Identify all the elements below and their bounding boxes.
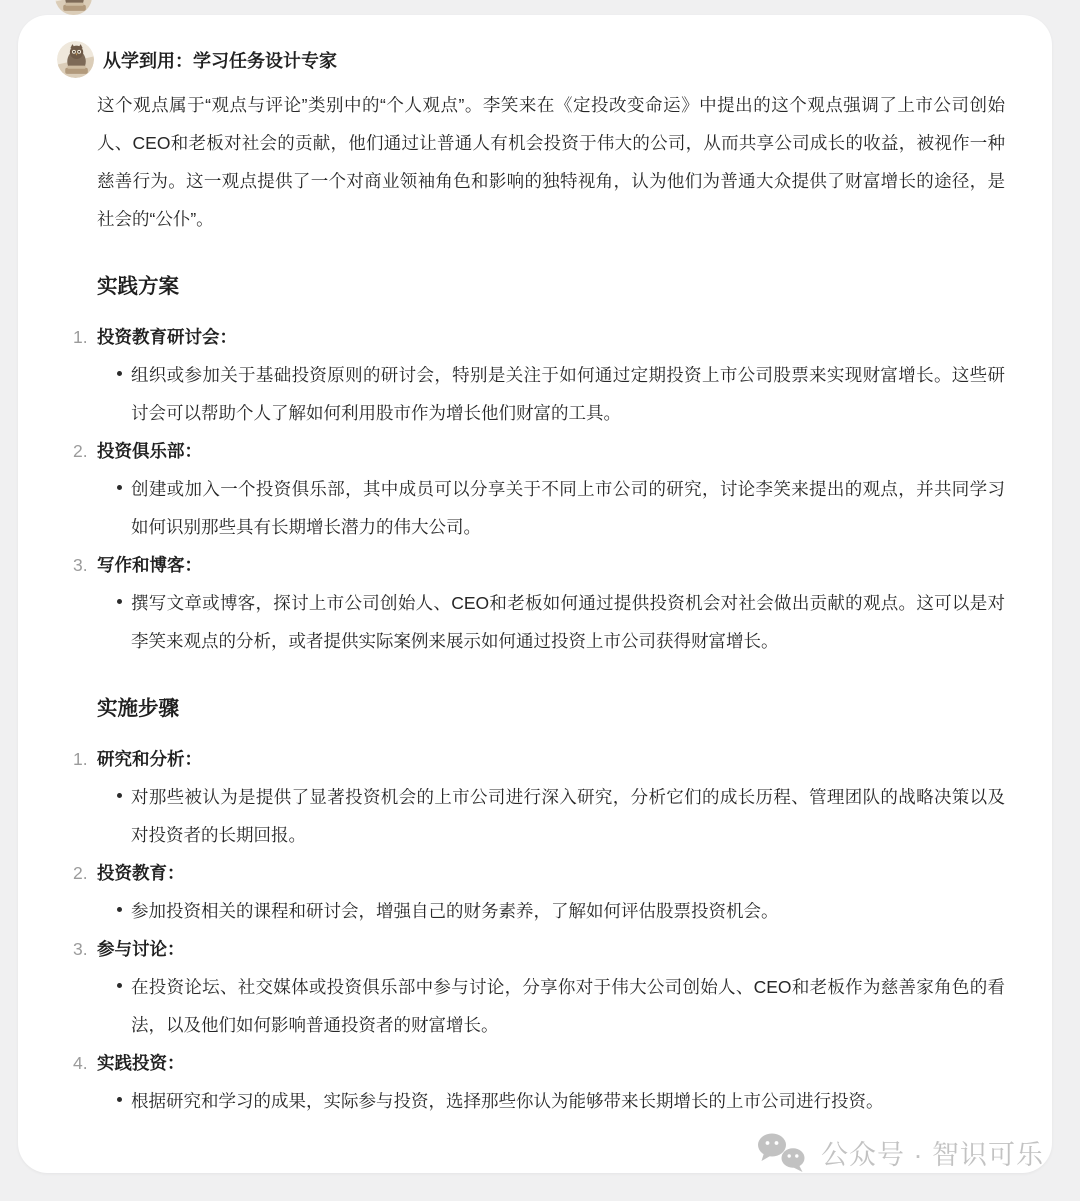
owl-avatar-icon xyxy=(57,41,94,78)
list-item: 4. 实践投资： 根据研究和学习的成果，实际参与投资，选择那些你认为能够带来长期… xyxy=(97,1044,1005,1120)
list-item-number: 3. xyxy=(73,546,88,584)
list-item-head: 1. 投资教育研讨会： xyxy=(97,318,1005,356)
list-item-title: 投资俱乐部： xyxy=(97,441,202,461)
list-item: 3. 参与讨论： 在投资论坛、社交媒体或投资俱乐部中参与讨论，分享你对于伟大公司… xyxy=(97,930,1005,1044)
bullet-icon xyxy=(117,1097,122,1102)
bullet-list: 参加投资相关的课程和研讨会，增强自己的财务素养，了解如何评估股票投资机会。 xyxy=(97,892,1005,930)
section-heading: 实践方案 xyxy=(97,272,1005,302)
wechat-logo-icon xyxy=(756,1131,808,1173)
bullet-item: 在投资论坛、社交媒体或投资俱乐部中参与讨论，分享你对于伟大公司创始人、CEO和老… xyxy=(131,968,1005,1044)
message-title: 从学到用：学习任务设计专家 xyxy=(103,47,337,73)
intro-paragraph: 这个观点属于“观点与评论”类别中的“个人观点”。李笑来在《定投改变命运》中提出的… xyxy=(97,86,1005,238)
list-item-title: 投资教育研讨会： xyxy=(97,327,237,347)
page-background: 从学到用：学习任务设计专家 这个观点属于“观点与评论”类别中的“个人观点”。李笑… xyxy=(0,0,1080,1201)
list-item: 1. 投资教育研讨会： 组织或参加关于基础投资原则的研讨会，特别是关注于如何通过… xyxy=(97,318,1005,432)
bullet-list: 创建或加入一个投资俱乐部，其中成员可以分享关于不同上市公司的研究，讨论李笑来提出… xyxy=(97,470,1005,546)
owl-avatar-icon xyxy=(55,0,92,15)
list-item: 2. 投资教育： 参加投资相关的课程和研讨会，增强自己的财务素养，了解如何评估股… xyxy=(97,854,1005,930)
list-item-head: 3. 写作和博客： xyxy=(97,546,1005,584)
list-item-title: 写作和博客： xyxy=(97,555,202,575)
bullet-text: 撰写文章或博客，探讨上市公司创始人、CEO和老板如何通过提供投资机会对社会做出贡… xyxy=(131,593,1005,651)
message-card: 从学到用：学习任务设计专家 这个观点属于“观点与评论”类别中的“个人观点”。李笑… xyxy=(18,15,1052,1173)
assistant-avatar xyxy=(57,41,94,78)
bullet-text: 组织或参加关于基础投资原则的研讨会，特别是关注于如何通过定期投资上市公司股票来实… xyxy=(131,365,1005,423)
numbered-list: 1. 研究和分析： 对那些被认为是提供了显著投资机会的上市公司进行深入研究，分析… xyxy=(97,740,1005,1120)
list-item-head: 1. 研究和分析： xyxy=(97,740,1005,778)
numbered-list: 1. 投资教育研讨会： 组织或参加关于基础投资原则的研讨会，特别是关注于如何通过… xyxy=(97,318,1005,660)
bullet-item: 对那些被认为是提供了显著投资机会的上市公司进行深入研究，分析它们的成长历程、管理… xyxy=(131,778,1005,854)
section: 实践方案 1. 投资教育研讨会： 组织或参加关于基础投资原则的研讨会，特别是关注… xyxy=(97,272,1005,660)
bullet-list: 在投资论坛、社交媒体或投资俱乐部中参与讨论，分享你对于伟大公司创始人、CEO和老… xyxy=(97,968,1005,1044)
list-item-title: 研究和分析： xyxy=(97,749,202,769)
section-heading: 实施步骤 xyxy=(97,694,1005,724)
bullet-item: 撰写文章或博客，探讨上市公司创始人、CEO和老板如何通过提供投资机会对社会做出贡… xyxy=(131,584,1005,660)
bullet-list: 根据研究和学习的成果，实际参与投资，选择那些你认为能够带来长期增长的上市公司进行… xyxy=(97,1082,1005,1120)
list-item-title: 实践投资： xyxy=(97,1053,185,1073)
bullet-text: 根据研究和学习的成果，实际参与投资，选择那些你认为能够带来长期增长的上市公司进行… xyxy=(131,1091,884,1111)
list-item-number: 2. xyxy=(73,432,88,470)
bullet-icon xyxy=(117,599,122,604)
bullet-list: 对那些被认为是提供了显著投资机会的上市公司进行深入研究，分析它们的成长历程、管理… xyxy=(97,778,1005,854)
list-item-number: 1. xyxy=(73,740,88,778)
list-item-number: 1. xyxy=(73,318,88,356)
message-content: 这个观点属于“观点与评论”类别中的“个人观点”。李笑来在《定投改变命运》中提出的… xyxy=(97,86,1005,1120)
list-item-number: 3. xyxy=(73,930,88,968)
bullet-text: 参加投资相关的课程和研讨会，增强自己的财务素养，了解如何评估股票投资机会。 xyxy=(131,901,779,921)
sections-container: 实践方案 1. 投资教育研讨会： 组织或参加关于基础投资原则的研讨会，特别是关注… xyxy=(97,272,1005,1120)
bullet-text: 在投资论坛、社交媒体或投资俱乐部中参与讨论，分享你对于伟大公司创始人、CEO和老… xyxy=(131,977,1005,1035)
bullet-text: 创建或加入一个投资俱乐部，其中成员可以分享关于不同上市公司的研究，讨论李笑来提出… xyxy=(131,479,1005,537)
list-item-title: 投资教育： xyxy=(97,863,185,883)
list-item-number: 2. xyxy=(73,854,88,892)
bullet-icon xyxy=(117,907,122,912)
list-item-head: 2. 投资俱乐部： xyxy=(97,432,1005,470)
list-item-head: 4. 实践投资： xyxy=(97,1044,1005,1082)
bullet-icon xyxy=(117,793,122,798)
bullet-icon xyxy=(117,485,122,490)
bullet-item: 组织或参加关于基础投资原则的研讨会，特别是关注于如何通过定期投资上市公司股票来实… xyxy=(131,356,1005,432)
bullet-item: 参加投资相关的课程和研讨会，增强自己的财务素养，了解如何评估股票投资机会。 xyxy=(131,892,1005,930)
message-header: 从学到用：学习任务设计专家 xyxy=(57,41,1004,78)
bullet-icon xyxy=(117,983,122,988)
list-item: 3. 写作和博客： 撰写文章或博客，探讨上市公司创始人、CEO和老板如何通过提供… xyxy=(97,546,1005,660)
list-item-head: 2. 投资教育： xyxy=(97,854,1005,892)
watermark-text: 公众号 · 智识可乐 xyxy=(821,1133,1044,1172)
bullet-list: 组织或参加关于基础投资原则的研讨会，特别是关注于如何通过定期投资上市公司股票来实… xyxy=(97,356,1005,432)
bullet-list: 撰写文章或博客，探讨上市公司创始人、CEO和老板如何通过提供投资机会对社会做出贡… xyxy=(97,584,1005,660)
list-item: 2. 投资俱乐部： 创建或加入一个投资俱乐部，其中成员可以分享关于不同上市公司的… xyxy=(97,432,1005,546)
watermark: 公众号 · 智识可乐 xyxy=(756,1131,1044,1173)
list-item-number: 4. xyxy=(73,1044,88,1082)
list-item-head: 3. 参与讨论： xyxy=(97,930,1005,968)
bullet-item: 根据研究和学习的成果，实际参与投资，选择那些你认为能够带来长期增长的上市公司进行… xyxy=(131,1082,1005,1120)
previous-message-avatar xyxy=(55,0,92,15)
section: 实施步骤 1. 研究和分析： 对那些被认为是提供了显著投资机会的上市公司进行深入… xyxy=(97,694,1005,1120)
bullet-icon xyxy=(117,371,122,376)
list-item: 1. 研究和分析： 对那些被认为是提供了显著投资机会的上市公司进行深入研究，分析… xyxy=(97,740,1005,854)
bullet-item: 创建或加入一个投资俱乐部，其中成员可以分享关于不同上市公司的研究，讨论李笑来提出… xyxy=(131,470,1005,546)
bullet-text: 对那些被认为是提供了显著投资机会的上市公司进行深入研究，分析它们的成长历程、管理… xyxy=(131,787,1005,845)
list-item-title: 参与讨论： xyxy=(97,939,185,959)
